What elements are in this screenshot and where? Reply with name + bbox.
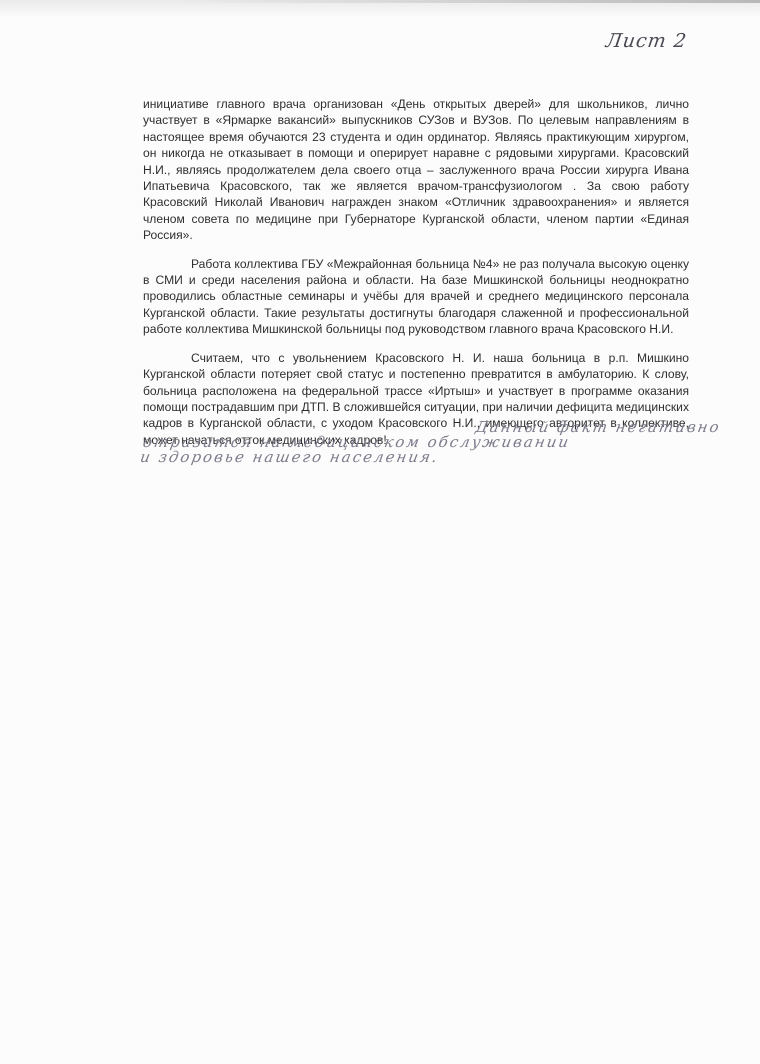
handwritten-note: Данный факт негативно отразится на медиц…	[139, 420, 707, 465]
handwritten-line-3: и здоровье нашего населения.	[139, 450, 702, 465]
sheet-number-handwritten: Лист 2	[604, 30, 688, 52]
document-page: Лист 2 инициативе главного врача организ…	[0, 0, 760, 1064]
document-body: инициативе главного врача организован «Д…	[143, 96, 689, 460]
paragraph-1: инициативе главного врача организован «Д…	[143, 96, 689, 244]
scan-edge	[180, 0, 760, 3]
paragraph-2: Работа коллектива ГБУ «Межрайонная больн…	[143, 256, 689, 338]
